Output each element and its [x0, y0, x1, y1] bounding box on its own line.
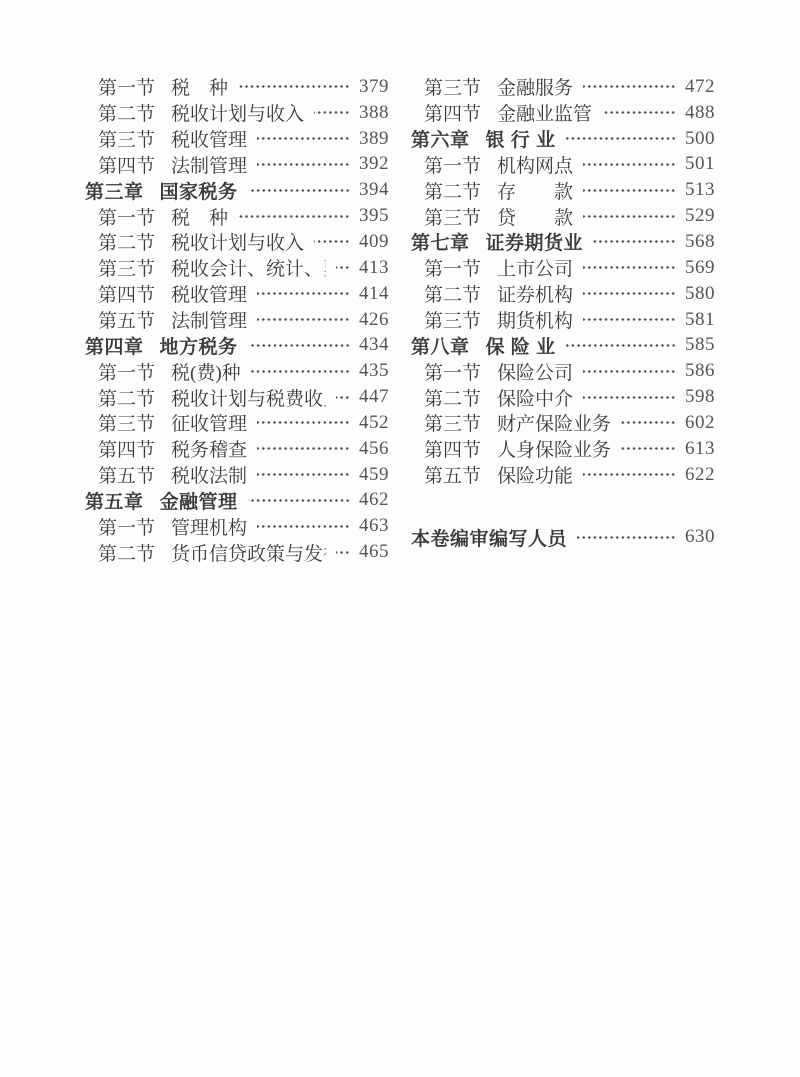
entry-title: 证券期货业	[486, 228, 584, 255]
dot-leader	[583, 291, 676, 296]
dot-leader	[251, 369, 350, 374]
dot-leader	[621, 420, 676, 425]
entry-label: 第三节	[424, 409, 481, 436]
entry-page-number: 459	[359, 464, 389, 486]
entry-label: 第一节	[424, 254, 481, 281]
entry-page-number: 630	[685, 526, 715, 548]
toc-chapter-entry: 第四章地方税务434	[85, 332, 389, 358]
entry-title: 法制管理	[171, 151, 247, 178]
entry-title: 地方税务	[160, 332, 238, 359]
dot-leader	[257, 291, 350, 296]
entry-title: 上市公司	[497, 254, 573, 281]
entry-title: 金融管理	[160, 487, 238, 514]
entry-page-number: 395	[359, 205, 389, 227]
dot-leader	[583, 369, 676, 374]
toc-section-entry: 第三节税收管理389	[85, 126, 389, 152]
toc-section-entry: 第五节法制管理426	[85, 307, 389, 333]
entry-label: 第七章	[411, 228, 470, 255]
entry-title: 货币信贷政策与发行库管理	[171, 539, 326, 566]
toc-section-entry: 第一节机构网点501	[411, 152, 715, 178]
entry-title: 存 款	[497, 177, 573, 204]
dot-leader	[566, 136, 676, 141]
entry-page-number: 456	[359, 438, 389, 460]
entry-page-number: 389	[359, 128, 389, 150]
dot-leader	[238, 214, 350, 219]
entry-label: 第一节	[424, 151, 481, 178]
dot-leader	[257, 472, 350, 477]
table-of-contents: 第一节税 种379第二节税收计划与收入388第三节税收管理389第四节法制管理3…	[85, 74, 715, 565]
entry-title: 税收会计、统计、票证	[171, 254, 326, 281]
entry-page-number: 569	[685, 257, 715, 279]
toc-section-entry: 第二节证券机构580	[411, 281, 715, 307]
entry-title: 税 种	[171, 203, 228, 230]
dot-leader	[583, 317, 676, 322]
dot-leader	[248, 343, 350, 348]
entry-page-number: 392	[359, 153, 389, 175]
entry-page-number: 613	[685, 438, 715, 460]
entry-page-number: 513	[685, 179, 715, 201]
entry-label: 第一节	[98, 358, 155, 385]
entry-label: 第二节	[98, 539, 155, 566]
dot-leader	[257, 446, 350, 451]
toc-section-entry: 第五节保险功能622	[411, 462, 715, 488]
entry-page-number: 472	[685, 76, 715, 98]
entry-page-number: 586	[685, 360, 715, 382]
toc-section-entry: 第一节税 种379	[85, 74, 389, 100]
entry-title: 人身保险业务	[497, 435, 611, 462]
entry-page-number: 585	[685, 334, 715, 356]
toc-chapter-entry: 第八章保 险 业585	[411, 332, 715, 358]
entry-label: 第三章	[85, 177, 144, 204]
entry-label: 第一节	[424, 358, 481, 385]
entry-page-number: 394	[359, 179, 389, 201]
entry-page-number: 426	[359, 309, 389, 331]
entry-page-number: 447	[359, 386, 389, 408]
dot-leader	[314, 239, 350, 244]
dot-leader	[583, 84, 676, 89]
toc-column-left: 第一节税 种379第二节税收计划与收入388第三节税收管理389第四节法制管理3…	[85, 74, 389, 565]
entry-label: 第二节	[424, 280, 481, 307]
entry-label: 第三节	[424, 306, 481, 333]
entry-title: 保 险 业	[486, 332, 556, 359]
dot-leader	[583, 188, 676, 193]
dot-leader	[602, 110, 676, 115]
entry-label: 第二节	[424, 177, 481, 204]
entry-page-number: 452	[359, 412, 389, 434]
toc-section-entry: 第三节金融服务472	[411, 74, 715, 100]
entry-title: 金融服务	[497, 73, 573, 100]
entry-title: 保险中介	[497, 384, 573, 411]
dot-leader	[248, 498, 350, 503]
toc-section-entry: 第二节货币信贷政策与发行库管理465	[85, 539, 389, 565]
toc-section-entry: 第二节保险中介598	[411, 384, 715, 410]
entry-label: 第五节	[98, 306, 155, 333]
entry-label: 第四节	[424, 435, 481, 462]
toc-section-entry: 第四节税收管理414	[85, 281, 389, 307]
entry-title: 期货机构	[497, 306, 573, 333]
dot-leader	[336, 395, 350, 400]
dot-leader	[257, 524, 350, 529]
entry-label: 第一节	[98, 73, 155, 100]
toc-section-entry: 第三节期货机构581	[411, 307, 715, 333]
entry-page-number: 463	[359, 515, 389, 537]
toc-section-entry: 第四节税务稽查456	[85, 436, 389, 462]
entry-title: 税收法制	[171, 461, 247, 488]
entry-page-number: 379	[359, 76, 389, 98]
entry-page-number: 529	[685, 205, 715, 227]
entry-label: 第五节	[424, 461, 481, 488]
entry-page-number: 568	[685, 231, 715, 253]
dot-leader	[238, 84, 350, 89]
entry-label: 第一节	[98, 513, 155, 540]
entry-label: 第四节	[98, 280, 155, 307]
entry-page-number: 581	[685, 309, 715, 331]
toc-section-entry: 第二节存 款513	[411, 177, 715, 203]
dot-leader	[336, 550, 350, 555]
toc-section-entry: 第四节法制管理392	[85, 152, 389, 178]
toc-column-right: 第三节金融服务472第四节金融业监管488第六章银 行 业500第一节机构网点5…	[411, 74, 715, 565]
dot-leader	[566, 343, 676, 348]
entry-label: 第六章	[411, 125, 470, 152]
toc-section-entry: 第三节税收会计、统计、票证413	[85, 255, 389, 281]
entry-title: 本卷编审编写人员	[411, 524, 567, 551]
entry-title: 法制管理	[171, 306, 247, 333]
entry-title: 征收管理	[171, 409, 247, 436]
entry-page-number: 602	[685, 412, 715, 434]
dot-leader	[593, 239, 676, 244]
entry-label: 第三节	[98, 254, 155, 281]
entry-title: 贷 款	[497, 203, 573, 230]
toc-section-entry: 第四节人身保险业务613	[411, 436, 715, 462]
entry-page-number: 580	[685, 283, 715, 305]
entry-title: 机构网点	[497, 151, 573, 178]
entry-label: 第一节	[98, 203, 155, 230]
entry-label: 第二节	[424, 384, 481, 411]
toc-section-entry: 第四节金融业监管488	[411, 100, 715, 126]
entry-label: 第二节	[98, 384, 155, 411]
entry-title: 保险功能	[497, 461, 573, 488]
toc-section-entry: 第一节税 种395	[85, 203, 389, 229]
entry-title: 管理机构	[171, 513, 247, 540]
entry-page-number: 434	[359, 334, 389, 356]
entry-label: 第五章	[85, 487, 144, 514]
dot-leader	[257, 317, 350, 322]
dot-leader	[583, 265, 676, 270]
entry-page-number: 435	[359, 360, 389, 382]
entry-title: 税收计划与收入	[171, 99, 304, 126]
entry-page-number: 409	[359, 231, 389, 253]
toc-section-entry: 第五节税收法制459	[85, 462, 389, 488]
toc-section-entry: 第二节税收计划与税费收入447	[85, 384, 389, 410]
entry-page-number: 465	[359, 541, 389, 563]
dot-leader	[248, 188, 350, 193]
entry-title: 税务稽查	[171, 435, 247, 462]
entry-title: 国家税务	[160, 177, 238, 204]
dot-leader	[257, 136, 350, 141]
entry-page-number: 488	[685, 102, 715, 124]
toc-chapter-entry: 第七章证券期货业568	[411, 229, 715, 255]
entry-label: 第四节	[424, 99, 481, 126]
entry-label: 第三节	[98, 409, 155, 436]
entry-page-number: 413	[359, 257, 389, 279]
dot-leader	[583, 472, 676, 477]
dot-leader	[583, 395, 676, 400]
dot-leader	[257, 420, 350, 425]
entry-title: 金融业监管	[497, 99, 592, 126]
entry-title: 税收管理	[171, 125, 247, 152]
entry-label: 第二节	[98, 228, 155, 255]
toc-section-entry: 第三节征收管理452	[85, 410, 389, 436]
entry-title: 财产保险业务	[497, 409, 611, 436]
entry-page-number: 462	[359, 489, 389, 511]
dot-leader	[257, 162, 350, 167]
entry-label: 第三节	[424, 203, 481, 230]
toc-section-entry: 第三节财产保险业务602	[411, 410, 715, 436]
toc-chapter-entry: 本卷编审编写人员630	[411, 525, 715, 551]
dot-leader	[583, 214, 676, 219]
toc-section-entry: 第一节税(费)种435	[85, 358, 389, 384]
entry-title: 税(费)种	[171, 358, 241, 385]
entry-page-number: 500	[685, 128, 715, 150]
entry-title: 税收计划与收入	[171, 228, 304, 255]
dot-leader	[577, 535, 676, 540]
entry-label: 第四章	[85, 332, 144, 359]
toc-section-entry: 第一节管理机构463	[85, 513, 389, 539]
entry-label: 第四节	[98, 151, 155, 178]
entry-title: 税收管理	[171, 280, 247, 307]
entry-label: 第二节	[98, 99, 155, 126]
entry-label: 第八章	[411, 332, 470, 359]
toc-section-entry: 第二节税收计划与收入409	[85, 229, 389, 255]
entry-page-number: 622	[685, 464, 715, 486]
entry-title: 证券机构	[497, 280, 573, 307]
entry-label: 第五节	[98, 461, 155, 488]
dot-leader	[583, 162, 676, 167]
dot-leader	[621, 446, 676, 451]
entry-title: 保险公司	[497, 358, 573, 385]
entry-page-number: 388	[359, 102, 389, 124]
entry-title: 税收计划与税费收入	[171, 384, 326, 411]
entry-page-number: 414	[359, 283, 389, 305]
entry-label: 第四节	[98, 435, 155, 462]
entry-page-number: 598	[685, 386, 715, 408]
dot-leader	[314, 110, 350, 115]
toc-chapter-entry: 第五章金融管理462	[85, 488, 389, 514]
toc-section-entry: 第三节贷 款529	[411, 203, 715, 229]
entry-title: 税 种	[171, 73, 228, 100]
toc-section-entry: 第二节税收计划与收入388	[85, 100, 389, 126]
entry-page-number: 501	[685, 153, 715, 175]
document-page: 第一节税 种379第二节税收计划与收入388第三节税收管理389第四节法制管理3…	[0, 0, 800, 1077]
entry-title: 银 行 业	[486, 125, 556, 152]
toc-section-entry: 第一节保险公司586	[411, 358, 715, 384]
toc-chapter-entry: 第三章国家税务394	[85, 177, 389, 203]
entry-label: 第三节	[424, 73, 481, 100]
toc-section-entry: 第一节上市公司569	[411, 255, 715, 281]
dot-leader	[336, 265, 350, 270]
entry-label: 第三节	[98, 125, 155, 152]
toc-chapter-entry: 第六章银 行 业500	[411, 126, 715, 152]
